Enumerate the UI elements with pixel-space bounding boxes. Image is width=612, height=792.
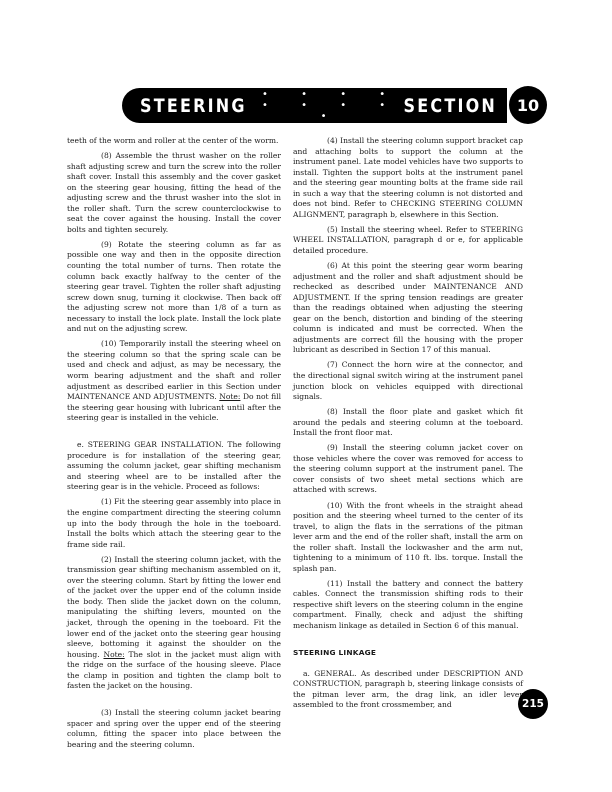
paragraph: (10) Temporarily install the steering wh… [67,339,281,423]
page-number-badge: 215 [518,689,548,719]
header-leader-dots: • • • • • • • • • [247,89,404,122]
spacer [67,428,281,440]
paragraph: (4) Install the steering column support … [293,136,523,220]
paragraph-text: (2) Install the steering column jacket, … [67,555,281,659]
paragraph: (5) Install the steering wheel. Refer to… [293,225,523,257]
paragraph: a. GENERAL. As described under DESCRIPTI… [293,669,523,711]
paragraph: (3) Install the steering column jacket b… [67,708,281,750]
paragraph: (1) Fit the steering gear assembly into … [67,497,281,550]
spacer [293,636,523,648]
spacer [67,696,281,708]
paragraph: (6) At this point the steering gear worm… [293,261,523,356]
section-header-bar: STEERING • • • • • • • • • SECTION [122,88,507,123]
left-column: teeth of the worm and roller at the cent… [67,136,281,755]
subheading-steering-linkage: STEERING LINKAGE [293,648,523,659]
section-number: 10 [517,96,539,115]
paragraph: e. STEERING GEAR INSTALLATION. The follo… [67,440,281,493]
note-label: Note: [219,392,240,401]
header-section-label: SECTION [404,95,497,117]
paragraph: teeth of the worm and roller at the cent… [67,136,281,147]
paragraph: (7) Connect the horn wire at the connect… [293,360,523,402]
paragraph: (9) Install the steering column jacket c… [293,443,523,496]
paragraph: (11) Install the battery and connect the… [293,579,523,632]
page-number: 215 [522,698,544,710]
paragraph: (8) Assemble the thrust washer on the ro… [67,151,281,235]
section-number-badge: 10 [509,86,547,124]
paragraph: (8) Install the floor plate and gasket w… [293,407,523,439]
note-label: Note: [103,650,124,659]
header-title: STEERING [140,95,247,117]
right-column: (4) Install the steering column support … [293,136,523,715]
paragraph: (9) Rotate the steering column as far as… [67,240,281,335]
paragraph-text: The slot in the jacket must align with t… [67,650,281,691]
paragraph: (10) With the front wheels in the straig… [293,501,523,575]
paragraph: (2) Install the steering column jacket, … [67,555,281,692]
